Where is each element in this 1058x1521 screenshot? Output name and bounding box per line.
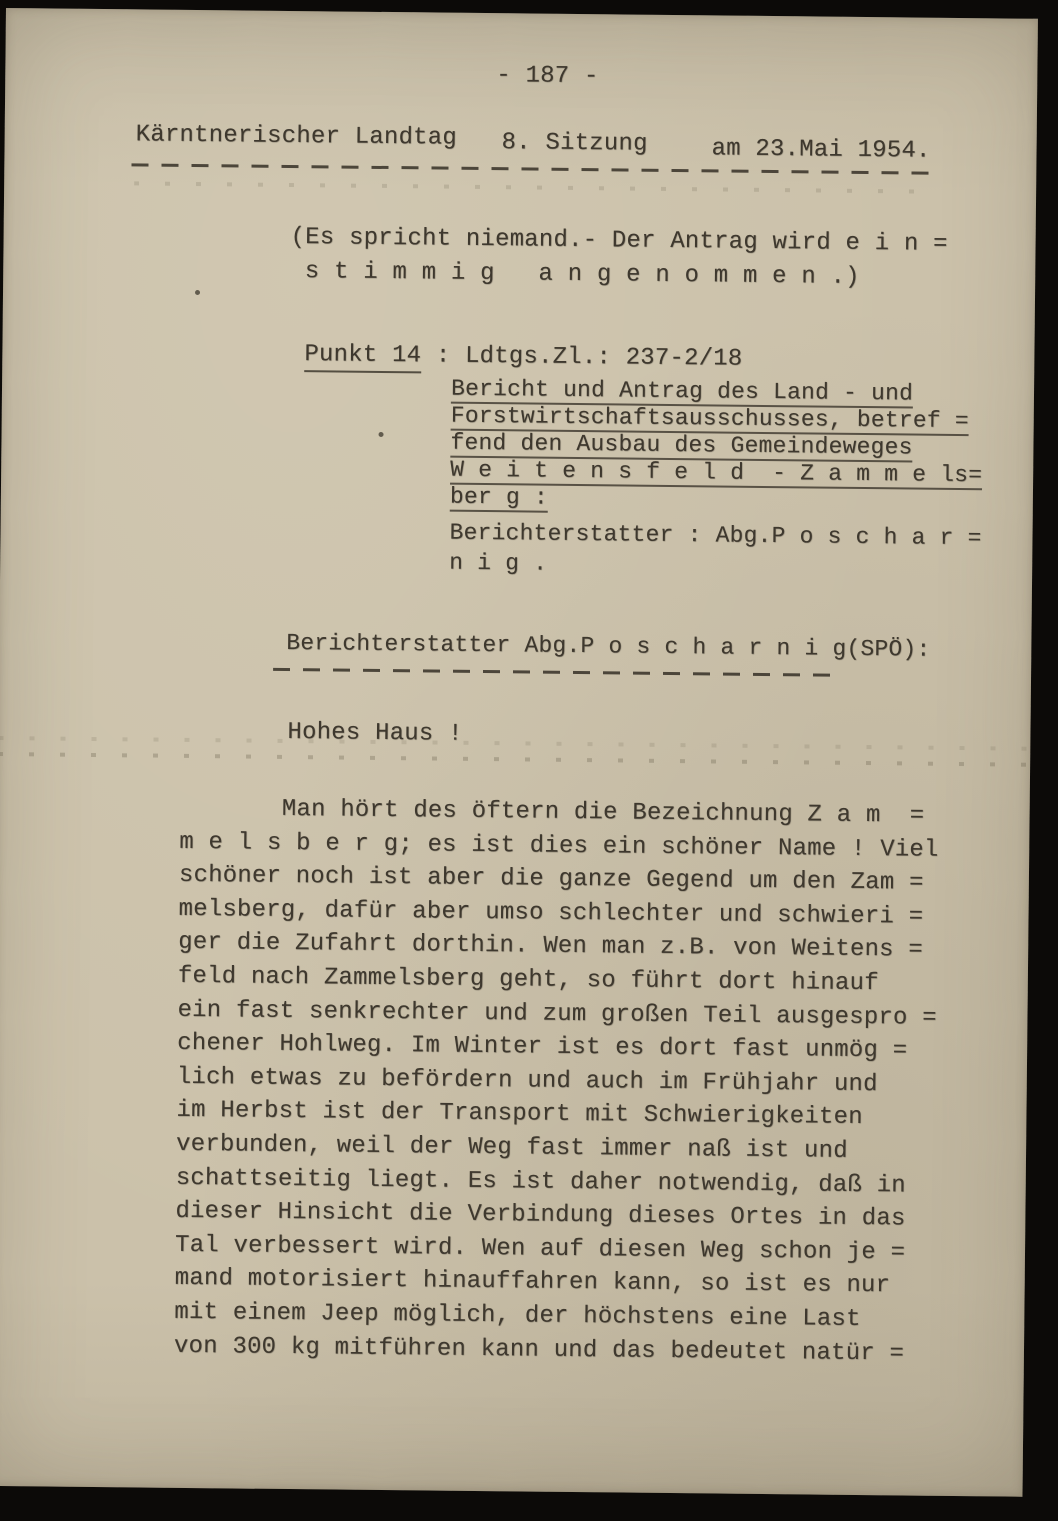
bleed-through-dots-row2 [0,752,1030,767]
header-dashed-underline [131,163,937,174]
speaker-heading: Berichterstatter Abg.P o s c h a r n i g… [286,629,930,664]
page-number: - 187 - [496,62,599,91]
speech-paragraph: Man hört des öftern die Bezeichnung Z a … [174,792,939,1371]
rapporteur-note: Berichterstatter : Abg.P o s c h a r =n … [449,518,982,584]
bleed-through-dots-row1 [0,736,1030,751]
scanned-page: - 187 - Kärntnerischer Landtag 8. Sitzun… [0,8,1038,1497]
agenda-subject: Bericht und Antrag des Land - undForstwi… [450,377,983,518]
ink-speck [195,290,200,295]
agenda-item-heading: Punkt 14 : Ldtgs.Zl.: 237-2/18 [304,341,742,374]
ink-speck [379,432,384,437]
text-line: n i g . [449,548,981,584]
text-line: s t i m m i g a n g e n o m m e n .) [290,255,947,296]
header-date: am 23.Mai 1954. [711,135,930,165]
speaker-dashed-underline [273,668,841,677]
header-title: Kärntnerischer Landtag [136,121,458,152]
agenda-item-reference: : Ldtgs.Zl.: 237-2/18 [421,342,743,372]
bleed-through-dots-top [134,181,934,193]
motion-note: (Es spricht niemand.- Der Antrag wird e … [290,221,948,296]
header-session: 8. Sitzung [501,129,647,159]
text-line: ber g : [450,485,548,513]
agenda-item-label: Punkt 14 [304,341,421,373]
